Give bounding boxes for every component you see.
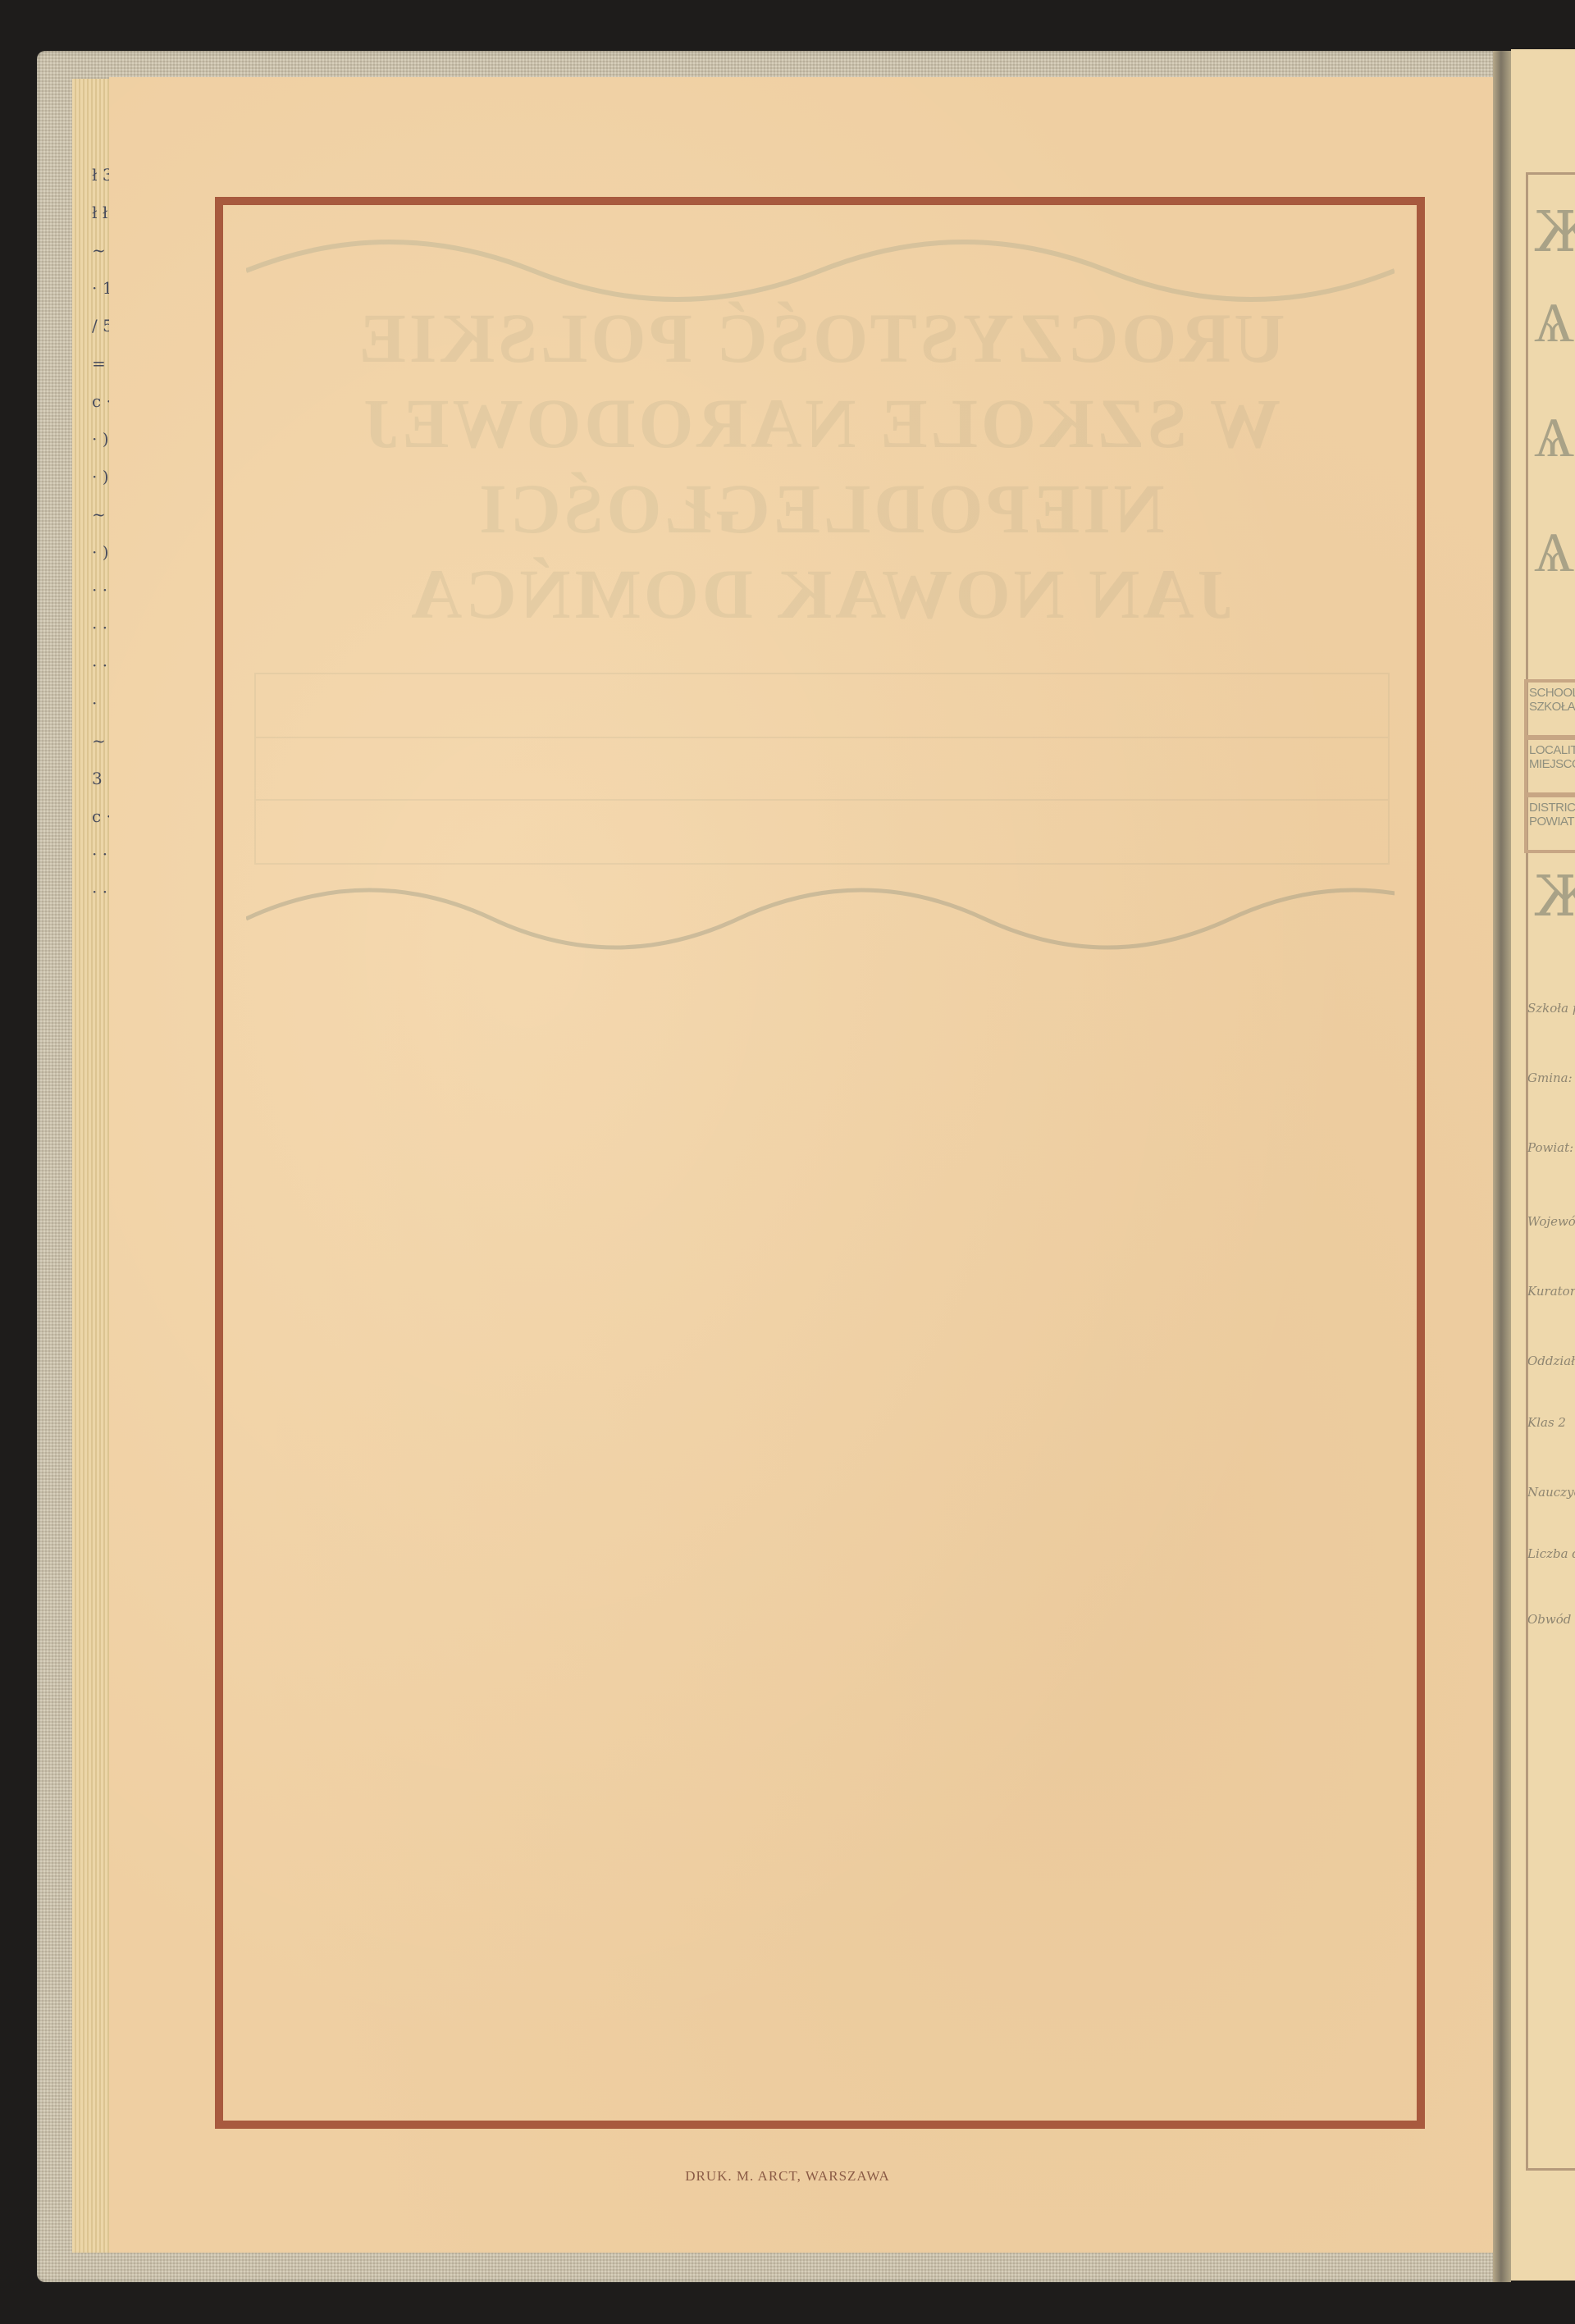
handwritten-line: Klas 2 — [1527, 1415, 1566, 1430]
handwritten-line: Powiat: na — [1527, 1140, 1575, 1155]
ornament-icon: Ж — [1534, 870, 1575, 925]
decorative-border-frame — [215, 197, 1425, 2129]
handwritten-line: Liczba dz — [1527, 1546, 1575, 1561]
ornament-icon: Ж — [1534, 205, 1575, 261]
handwritten-line: Województ — [1527, 1214, 1575, 1229]
printer-imprint: DRUK. M. ARCT, WARSZAWA — [0, 2168, 1575, 2185]
right-page: Ж Ѧ Ѧ Ѧ SCHOOLSZKOŁA LOCALITMIEJSCO DIST… — [1511, 49, 1575, 2281]
ornament-icon: Ѧ — [1534, 525, 1574, 581]
right-page-frame — [1526, 172, 1575, 2171]
handwritten-line: Kuratoryum — [1527, 1284, 1575, 1299]
handwritten-line: Nauczycie — [1527, 1485, 1575, 1500]
handwritten-line: Obwód od — [1527, 1612, 1575, 1627]
handwritten-line: Oddziałow — [1527, 1354, 1575, 1368]
label-district: DISTRICTPOWIAT — [1529, 801, 1575, 829]
handwritten-line: Szkoła po — [1527, 1001, 1575, 1016]
ornament-icon: Ѧ — [1534, 410, 1574, 466]
ornament-icon: Ѧ — [1534, 295, 1574, 351]
handwritten-line: Gmina: Oś — [1527, 1071, 1575, 1085]
label-locality: LOCALITMIEJSCO — [1529, 743, 1575, 771]
label-school: SCHOOLSZKOŁA — [1529, 686, 1575, 714]
book-gutter — [1493, 51, 1511, 2282]
